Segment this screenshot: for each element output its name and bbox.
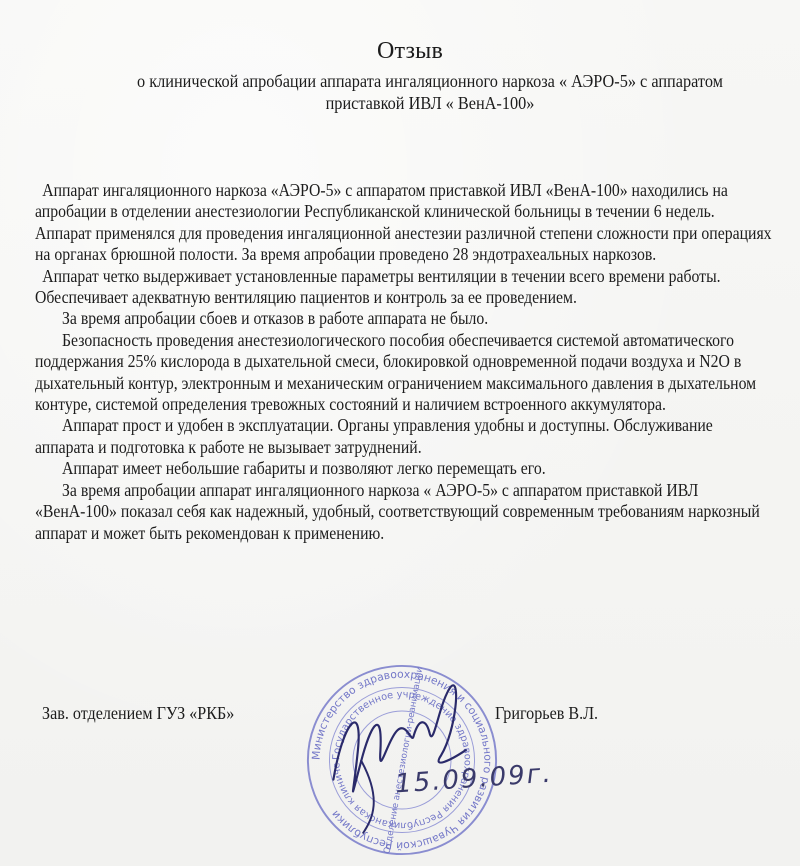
- signer-position: Зав. отделением ГУЗ «РКБ»: [42, 703, 234, 724]
- paragraph: За время апробации аппарат ингаляционног…: [35, 480, 773, 544]
- paragraph: Аппарат четко выдерживает установленные …: [35, 266, 773, 309]
- paragraph: Аппарат прост и удобен в эксплуатации. О…: [35, 415, 773, 458]
- document-body: Аппарат ингаляционного наркоза «АЭРО-5» …: [35, 180, 773, 544]
- document-page: Отзыв о клинической апробации аппарата и…: [0, 0, 800, 866]
- subtitle-line: приставкой ИВЛ « ВенА-100»: [67, 92, 792, 114]
- paragraph: Аппарат имеет небольшие габариты и позво…: [35, 458, 773, 479]
- paragraph: Аппарат ингаляционного наркоза «АЭРО-5» …: [35, 180, 773, 266]
- document-subtitle: о клинической апробации аппарата ингаляц…: [67, 70, 792, 114]
- signer-name: Григорьев В.Л.: [495, 703, 598, 724]
- document-title: Отзыв: [0, 38, 800, 65]
- paragraph: Безопасность проведения анестезиологичес…: [35, 330, 773, 416]
- paragraph: За время апробации сбоев и отказов в раб…: [35, 308, 773, 329]
- subtitle-line: о клинической апробации аппарата ингаляц…: [67, 70, 792, 92]
- official-stamp-icon: Министерство здравоохранения и социально…: [304, 662, 500, 858]
